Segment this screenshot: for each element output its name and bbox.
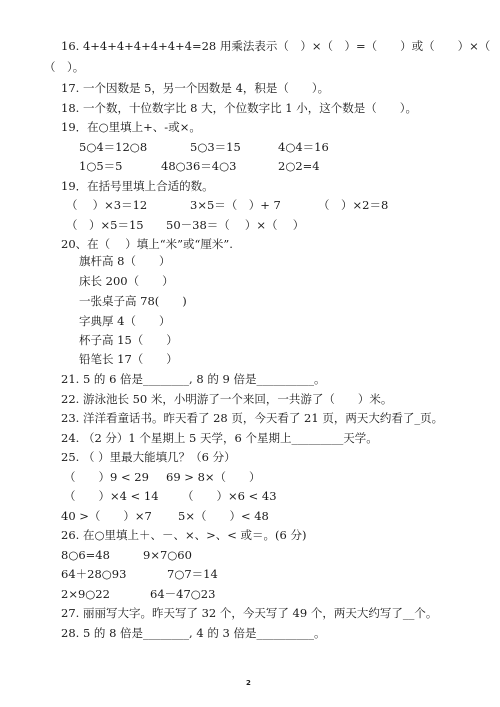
q25-r1-c2: 69 > 8×（ ） — [166, 470, 261, 484]
question-19b-title: 19．在括号里填上合适的数。 — [61, 179, 214, 193]
q25-r2-c1: （ ）×4 < 14 — [64, 489, 159, 503]
q20-item-5: 杯子高 15（ ） — [79, 333, 178, 347]
q20-item-2: 床长 200（ ） — [79, 274, 174, 288]
q25-r2-c2: （ ）×6 < 43 — [182, 489, 277, 503]
q25-r1-c1: （ ）9 < 29 — [64, 470, 149, 484]
q20-item-3: 一张桌子高 78( ) — [79, 294, 187, 308]
q19a-r2-c3: 2○2=4 — [278, 159, 320, 173]
question-22: 22. 游泳池长 50 米，小明游了一个来回，一共游了（ ）米。 — [61, 392, 392, 406]
question-25-title: 25. （ ）里最大能填几？（6 分） — [61, 450, 236, 464]
q26-r2-c1: 64＋28○93 — [61, 567, 126, 581]
page-number: 2 — [246, 679, 251, 687]
question-16-line1: 16. 4+4+4+4+4+4+4=28 用乘法表示（ ）×（ ）=（ ）或（ … — [61, 39, 500, 53]
question-19a-title: 19．在○里填上+、-或×。 — [61, 120, 201, 134]
q19a-r1-c1: 5○4＝12○8 — [79, 140, 147, 154]
q26-r2-c2: 7○7＝14 — [167, 567, 218, 581]
question-20-title: 20、在（ ）填上“米”或“厘米”. — [61, 237, 233, 251]
q20-item-4: 字典厚 4（ ） — [79, 314, 170, 328]
question-28: 28. 5 的 8 倍是________, 4 的 3 倍是__________… — [61, 626, 325, 640]
q19a-r1-c2: 5○3＝15 — [190, 140, 241, 154]
q20-item-6: 铅笔长 17（ ） — [79, 352, 178, 366]
question-21: 21. 5 的 6 倍是________, 8 的 9 倍是__________… — [61, 372, 325, 386]
q19a-r1-c3: 4○4＝16 — [278, 140, 329, 154]
q19b-r1-c3: （ ）×2＝8 — [318, 198, 388, 212]
q19b-r1-c1: （ ）×3＝12 — [66, 198, 147, 212]
q19b-r1-c2: 3×5＝（ ）+ 7 — [190, 198, 281, 212]
q26-r1-c2: 9×7○60 — [143, 548, 192, 562]
question-24: 24. （2 分）1 个星期上 5 天学，6 个星期上_________天学。 — [61, 431, 378, 445]
q26-r1-c1: 8○6=48 — [61, 548, 110, 562]
q19b-r2-c2: 50－38＝（ ）×（ ） — [166, 218, 304, 232]
q25-r3-c2: 5×（ ）< 48 — [178, 509, 269, 523]
q20-item-1: 旗杆高 8（ ） — [79, 254, 170, 268]
question-23: 23. 洋洋看童话书。昨天看了 28 页，今天看了 21 页，两天大约看了_页。 — [61, 411, 443, 425]
q19b-r2-c1: （ ）×5＝15 — [66, 218, 144, 232]
question-26-title: 26. 在○里填上＋、－、×、>、< 或＝。(6 分) — [61, 528, 307, 542]
question-18: 18. 一个数，十位数字比 8 大，个位数字比 1 小，这个数是（ ）。 — [61, 101, 417, 115]
q26-r3-c2: 64－47○23 — [150, 587, 215, 601]
question-17: 17. 一个因数是 5，另一个因数是 4，积是（ ）。 — [61, 81, 329, 95]
question-16-line2: （ ）。 — [44, 60, 84, 74]
q19a-r2-c2: 48○36＝4○3 — [161, 159, 236, 173]
q26-r3-c1: 2×9○22 — [61, 587, 110, 601]
q25-r3-c1: 40 >（ ）×7 — [61, 509, 152, 523]
question-27: 27. 丽丽写大字。昨天写了 32 个，今天写了 49 个，两天大约写了__个。 — [61, 606, 437, 620]
q19a-r2-c1: 1○5＝5 — [79, 159, 122, 173]
